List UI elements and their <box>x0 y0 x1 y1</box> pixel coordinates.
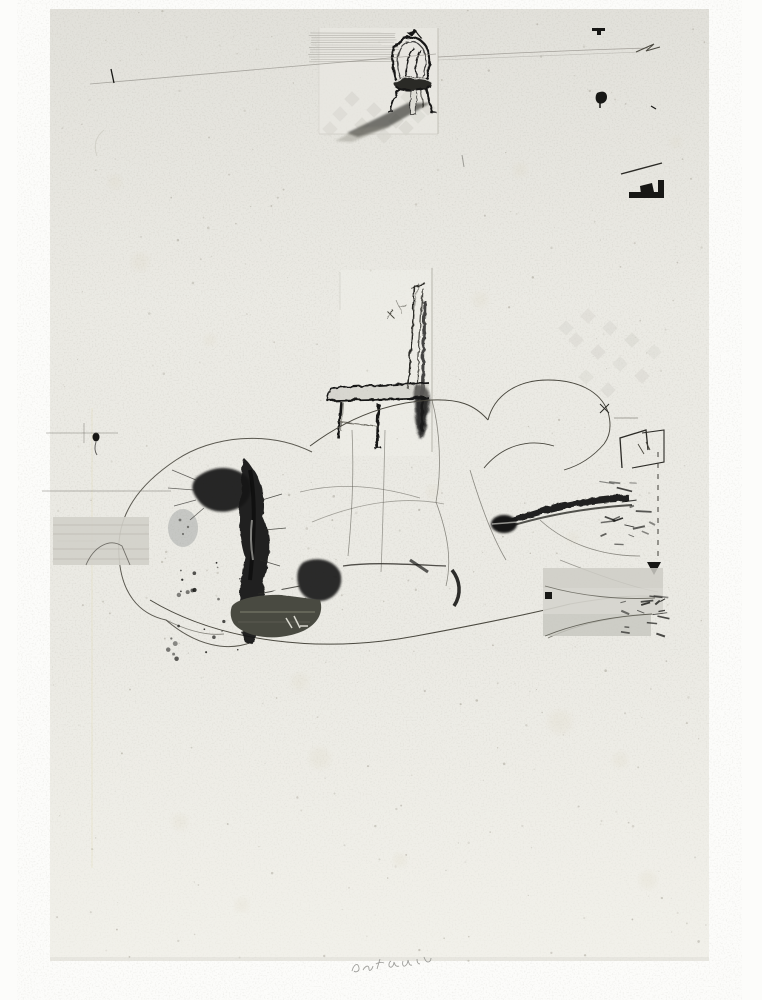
speckle <box>476 699 479 702</box>
speckle <box>514 683 515 684</box>
speckle <box>194 934 196 936</box>
speckle <box>378 858 380 860</box>
speckle <box>533 769 534 770</box>
grey-band-left <box>53 517 149 565</box>
speckle <box>457 138 458 139</box>
speckle <box>62 127 64 129</box>
speckle <box>536 689 537 690</box>
black-square-mark <box>545 592 552 599</box>
speckle <box>680 781 681 782</box>
splatter-dot <box>193 588 197 592</box>
speckle <box>626 523 627 524</box>
speckle <box>503 763 506 766</box>
speckle <box>258 846 260 848</box>
speckle <box>556 552 558 554</box>
smudge-dot <box>182 533 184 535</box>
paper-stain <box>513 163 527 177</box>
speckle <box>287 277 288 278</box>
splatter-dot <box>205 651 207 653</box>
speckle <box>606 368 607 369</box>
speckle <box>420 189 422 191</box>
paper-stain <box>309 747 331 769</box>
speckle <box>411 467 413 469</box>
speckle <box>148 312 151 315</box>
speckle <box>129 689 131 691</box>
speckle <box>129 956 131 958</box>
speckle <box>441 79 443 81</box>
speckle <box>235 223 237 225</box>
speckle <box>177 239 179 241</box>
speckle <box>583 45 585 47</box>
speckle <box>114 158 116 160</box>
speckle <box>115 791 116 792</box>
speckle <box>81 124 82 125</box>
speckle <box>583 917 585 919</box>
speckle <box>701 620 702 621</box>
speckle <box>603 333 605 335</box>
speckle <box>78 168 79 169</box>
speckle <box>505 152 506 153</box>
paper-stain <box>131 253 149 271</box>
speckle <box>146 445 148 447</box>
speckle <box>89 99 91 101</box>
speckle <box>634 242 636 244</box>
speckle <box>185 36 187 38</box>
speckle <box>95 837 97 839</box>
speckle <box>288 494 291 497</box>
speckle <box>407 579 409 581</box>
speckle <box>126 65 127 66</box>
speckle <box>405 854 407 856</box>
speckle <box>245 263 246 264</box>
speckle <box>550 952 552 954</box>
speckle <box>567 489 568 490</box>
speckle <box>650 688 652 690</box>
paper-stain <box>204 334 216 346</box>
speckle <box>532 276 534 278</box>
speckle <box>332 495 335 498</box>
speckle <box>473 571 474 572</box>
speckle <box>705 924 707 926</box>
speckle <box>233 36 235 38</box>
speckle <box>574 75 575 76</box>
speckle <box>601 820 603 822</box>
speckle <box>671 898 672 899</box>
speckle <box>639 494 641 496</box>
speckle <box>374 825 376 827</box>
speckle <box>578 805 580 807</box>
speckle <box>121 752 123 754</box>
speckle <box>262 703 263 704</box>
speckle <box>111 460 113 462</box>
speckle <box>72 507 73 508</box>
speckle <box>369 650 370 651</box>
speckle <box>541 712 543 714</box>
speckle <box>296 796 298 798</box>
speckle <box>468 936 470 938</box>
speckle <box>458 842 459 843</box>
speckle <box>395 808 397 810</box>
splatter-dot <box>180 570 182 572</box>
speckle <box>418 949 420 951</box>
speckle <box>628 822 630 824</box>
speckle <box>366 935 368 937</box>
speckle <box>252 149 254 151</box>
speckle <box>644 554 645 555</box>
speckle <box>77 445 79 447</box>
speckle <box>357 682 358 683</box>
speckle <box>246 28 247 29</box>
splatter-dot <box>177 625 180 628</box>
speckle <box>207 227 210 230</box>
speckle <box>686 722 688 724</box>
splatter-dot <box>242 568 245 571</box>
speckle <box>644 448 645 449</box>
speckle <box>460 703 462 705</box>
speckle <box>271 36 272 37</box>
splatter-dot <box>186 590 190 594</box>
speckle <box>200 258 202 260</box>
speckle <box>216 572 218 574</box>
speckle <box>484 604 486 606</box>
speckle <box>400 805 402 807</box>
speckle <box>661 897 663 899</box>
speckle <box>330 248 332 250</box>
speckle <box>178 90 180 92</box>
speckle <box>270 205 272 207</box>
speckle <box>243 109 246 112</box>
speckle <box>639 320 641 322</box>
speckle <box>375 914 376 915</box>
speckle <box>387 877 389 879</box>
speckle <box>273 506 275 508</box>
speckle <box>282 474 284 476</box>
speckle <box>250 314 251 315</box>
splatter-dot <box>217 598 220 601</box>
speckle <box>325 661 327 663</box>
speckle <box>668 587 670 589</box>
speckle <box>684 465 686 467</box>
paper-stain <box>108 175 122 189</box>
speckle <box>246 313 248 315</box>
speckle <box>589 90 591 92</box>
speckle <box>472 187 473 188</box>
speckle <box>161 10 163 12</box>
speckle <box>77 359 78 360</box>
speckle <box>64 386 65 387</box>
speckle <box>467 960 469 962</box>
speckle <box>528 895 529 896</box>
splatter-dot <box>174 657 178 661</box>
speckle <box>658 871 659 872</box>
speckle <box>482 552 483 553</box>
speckle <box>273 341 275 343</box>
t-mark-bar <box>592 28 605 31</box>
speckle <box>530 552 532 554</box>
speckle <box>334 793 336 795</box>
splatter-dot <box>177 593 181 597</box>
speckle <box>383 601 384 602</box>
speckle <box>163 372 166 375</box>
speckle <box>665 660 667 662</box>
speckle <box>91 51 92 52</box>
speckle <box>305 527 308 530</box>
speckle <box>140 236 142 238</box>
speckle <box>593 356 594 357</box>
speckle <box>228 174 230 176</box>
splatter-dot <box>222 620 225 623</box>
speckle <box>82 291 83 292</box>
speckle <box>550 247 552 249</box>
speckle <box>660 370 662 372</box>
artwork-paper <box>50 9 709 961</box>
speckle <box>637 766 639 768</box>
speckle <box>227 823 229 825</box>
speckle <box>283 189 285 191</box>
speckle <box>342 609 344 611</box>
speckle <box>575 646 576 647</box>
speckle <box>525 724 527 726</box>
speckle <box>497 682 499 684</box>
paper-bottom-light <box>50 640 709 961</box>
speckle <box>207 465 208 466</box>
speckle <box>682 158 684 160</box>
speckle <box>334 527 335 528</box>
speckle <box>256 48 258 50</box>
speckle <box>343 844 345 846</box>
speckle <box>415 203 417 205</box>
speckle <box>194 881 195 882</box>
t-mark-stem <box>597 31 601 35</box>
speckle <box>690 178 692 180</box>
splatter-dot <box>172 653 175 656</box>
speckle <box>154 60 155 61</box>
speckle <box>594 221 596 223</box>
speckle <box>156 84 157 85</box>
speckle <box>492 644 494 646</box>
paper-stain <box>472 292 488 308</box>
speckle <box>215 66 217 68</box>
speckle <box>598 519 599 520</box>
speckle <box>52 666 53 667</box>
speckle <box>483 780 484 781</box>
speckle <box>671 931 672 932</box>
speckle <box>532 531 534 533</box>
speckle <box>599 465 600 466</box>
speckle <box>510 211 511 212</box>
speckle <box>596 338 597 339</box>
speckle <box>271 872 274 875</box>
speckle <box>277 197 279 199</box>
speckle <box>577 498 578 499</box>
speckle <box>346 558 347 559</box>
speckle <box>698 738 699 739</box>
speckle <box>53 684 54 685</box>
speckle <box>413 651 414 652</box>
speckle <box>317 716 319 718</box>
speckle <box>529 690 530 691</box>
splatter-dot <box>241 631 243 633</box>
speckle <box>119 60 121 62</box>
splatter-dot <box>181 579 183 581</box>
paper-stain <box>291 673 309 691</box>
speckle <box>620 266 622 268</box>
speckle <box>78 724 80 726</box>
speckle <box>105 950 107 952</box>
speckle <box>215 595 217 597</box>
speckle <box>677 262 679 264</box>
scratch-stroke <box>647 623 657 624</box>
speckle <box>56 916 58 918</box>
speckle <box>90 911 92 913</box>
speckle <box>348 887 350 889</box>
speckle <box>467 842 469 844</box>
speckle <box>697 940 700 943</box>
speckle <box>325 778 326 779</box>
speckle <box>335 559 336 560</box>
speckle <box>178 643 180 645</box>
speckle <box>694 856 696 858</box>
splatter-dot <box>170 637 172 639</box>
speckle <box>170 197 172 199</box>
speckle <box>63 384 64 385</box>
speckle <box>632 825 635 828</box>
speckle <box>218 44 220 46</box>
speckle <box>445 870 446 871</box>
speckle <box>558 419 560 421</box>
speckle <box>191 747 193 749</box>
speckle <box>145 597 147 599</box>
speckle <box>686 922 688 924</box>
speckle <box>531 847 532 848</box>
ink-blob-lower <box>297 559 341 601</box>
speckle <box>677 912 679 914</box>
speckle <box>188 653 189 654</box>
speckle <box>102 601 104 603</box>
speckle <box>59 815 60 816</box>
speckle <box>551 433 553 435</box>
speckle <box>624 712 626 714</box>
speckle <box>141 54 142 55</box>
speckle <box>95 169 97 171</box>
paper-stain <box>670 136 682 148</box>
speckle <box>625 103 627 105</box>
speckle <box>341 594 343 596</box>
speckle <box>467 10 469 12</box>
ink-blob-left <box>93 433 100 442</box>
speckle <box>614 99 616 101</box>
speckle <box>600 823 602 825</box>
speckle <box>411 774 413 776</box>
speckle <box>631 919 633 921</box>
speckle <box>189 457 191 459</box>
speckle <box>456 376 457 377</box>
speckle <box>116 929 118 931</box>
speckle <box>149 357 150 358</box>
speckle <box>105 40 106 41</box>
splatter-dot <box>173 641 178 646</box>
speckle <box>439 194 440 195</box>
speckle <box>521 825 523 827</box>
speckle <box>293 82 294 83</box>
splatter-dot <box>217 567 219 569</box>
speckle <box>704 41 706 43</box>
splatter-dot <box>166 647 170 651</box>
speckle <box>459 379 460 380</box>
speckle <box>376 716 377 717</box>
speckle <box>669 394 670 395</box>
speckle <box>192 282 194 284</box>
speckle <box>236 53 237 54</box>
speckle <box>489 831 490 832</box>
speckle <box>667 604 668 605</box>
speckle <box>524 502 526 504</box>
speckle <box>648 896 649 897</box>
band-right-1 <box>543 568 663 588</box>
speckle <box>437 169 440 172</box>
speckle <box>497 747 498 748</box>
speckle <box>449 588 451 590</box>
speckle <box>540 55 543 58</box>
speckle <box>409 569 410 570</box>
smudge-dot <box>187 526 189 528</box>
speckle <box>239 957 241 959</box>
head-smudge <box>168 509 198 547</box>
paper-stain <box>393 853 407 867</box>
splatter-dot <box>180 590 182 592</box>
speckle <box>291 518 292 519</box>
speckle <box>464 861 466 863</box>
speckle <box>152 364 154 366</box>
speckle <box>206 570 208 572</box>
speckle <box>250 206 251 207</box>
speckle <box>587 89 588 90</box>
speckle <box>264 763 266 765</box>
speckle <box>117 902 118 903</box>
speckle <box>164 638 166 640</box>
speckle <box>443 937 445 939</box>
speckle <box>331 519 333 521</box>
speckle <box>109 612 111 614</box>
speckle <box>612 354 613 355</box>
speckle <box>447 474 448 475</box>
speckle <box>418 509 420 511</box>
speckle <box>199 362 201 364</box>
speckle <box>355 512 358 515</box>
speckle <box>161 561 163 563</box>
speckle <box>208 137 210 139</box>
speckle <box>177 940 179 942</box>
speckle <box>320 400 321 401</box>
speckle <box>615 811 617 813</box>
speckle <box>508 306 510 308</box>
speckle <box>584 954 586 956</box>
speckle <box>291 577 294 580</box>
speckle <box>258 180 259 181</box>
scratch-stroke <box>636 511 652 512</box>
speckle <box>138 12 139 13</box>
speckle <box>703 538 704 539</box>
speckle <box>311 482 312 483</box>
speckle <box>342 909 344 911</box>
speckle <box>562 734 564 736</box>
splatter-dot <box>216 562 218 564</box>
speckle <box>197 401 198 402</box>
speckle <box>488 69 490 71</box>
speckle <box>198 884 199 885</box>
speckle <box>502 536 504 538</box>
speckle <box>260 239 262 241</box>
